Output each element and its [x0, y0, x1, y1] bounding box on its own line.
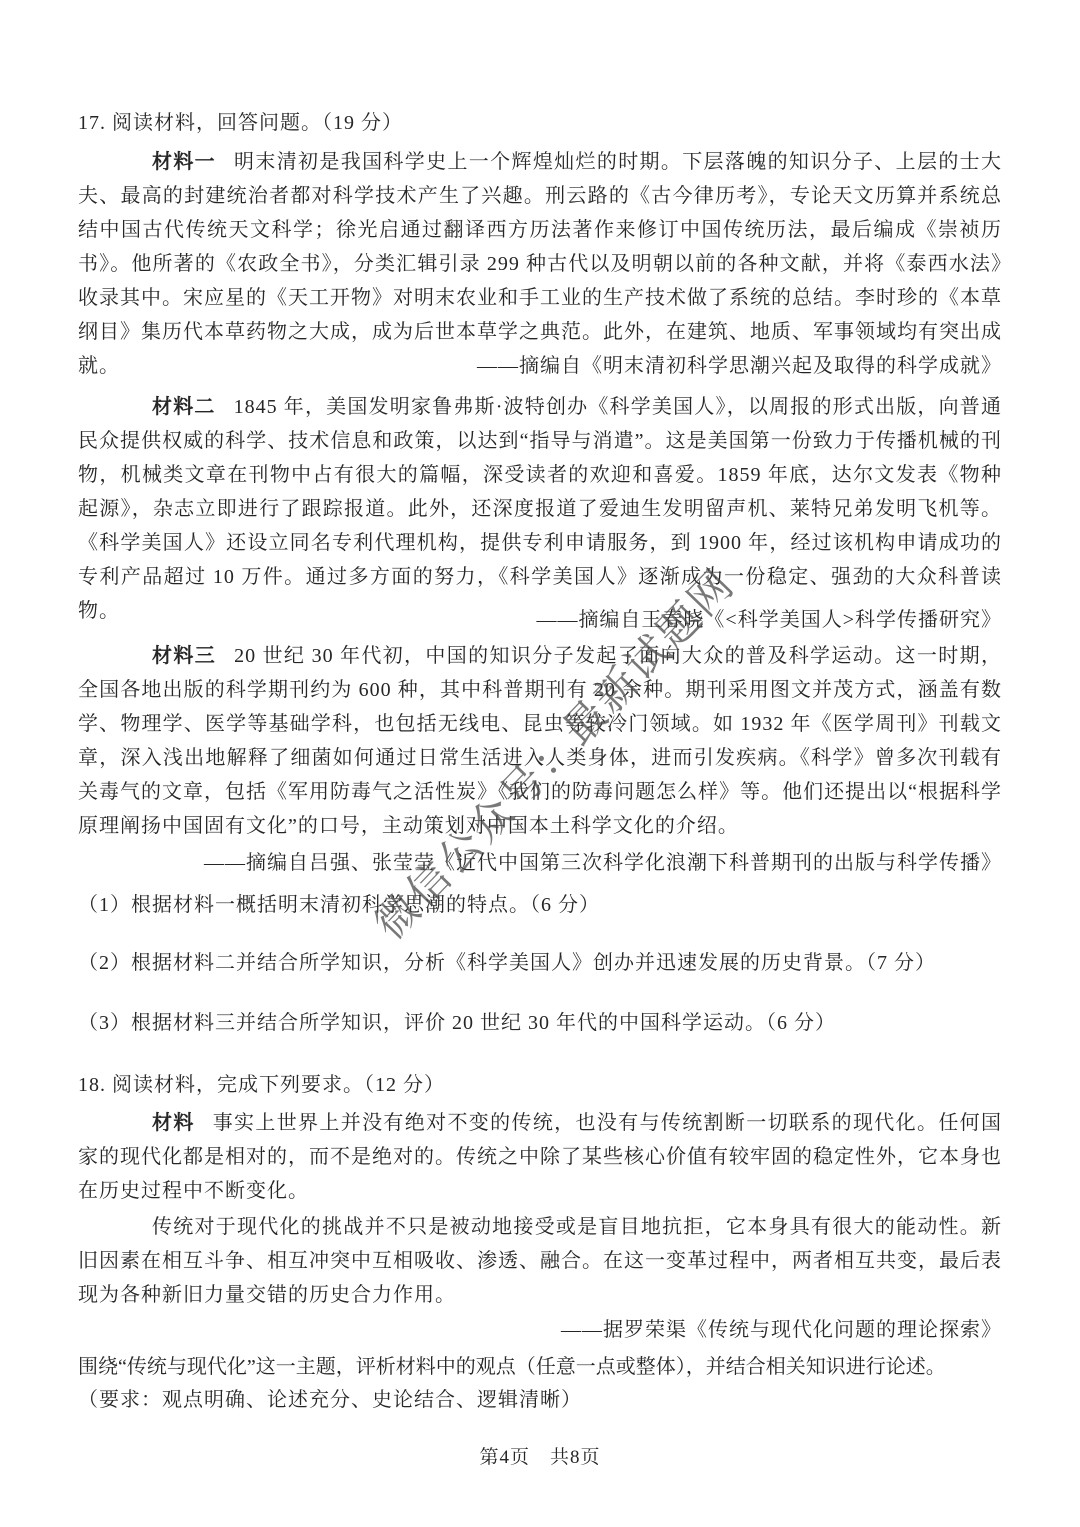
question-18-task: 围绕“传统与现代化”这一主题，评析材料中的观点（任意一点或整体），并结合相关知识…	[78, 1350, 1002, 1384]
page-footer: 第4页 共8页	[0, 1442, 1080, 1469]
question-17-sub-1: （1）根据材料一概括明末清初科学思潮的特点。（6 分）	[78, 888, 1002, 922]
material-2-label: 材料二	[152, 396, 216, 418]
material-1-label: 材料一	[152, 151, 216, 173]
question-17-title: 阅读材料，回答问题。（19 分）	[112, 112, 403, 134]
material-3-paragraph: 材料三20 世纪 30 年代初，中国的知识分子发起了面向大众的普及科学运动。这一…	[78, 639, 1002, 843]
question-17-header: 17.阅读材料，回答问题。（19 分）	[78, 106, 1002, 140]
material-3-label: 材料三	[152, 645, 216, 667]
material-2-text: 1845 年，美国发明家鲁弗斯·波特创办《科学美国人》，以周报的形式出版，向普通…	[78, 396, 1002, 622]
question-17-sub-3: （3）根据材料三并结合所学知识，评价 20 世纪 30 年代的中国科学运动。（6…	[78, 1006, 1002, 1040]
material-2-source: ——摘编自王春晓《<科学美国人>科学传播研究》	[78, 603, 1002, 637]
material-18-source: ——据罗荣渠《传统与现代化问题的理论探索》	[78, 1313, 1002, 1347]
material-3-text: 20 世纪 30 年代初，中国的知识分子发起了面向大众的普及科学运动。这一时期，…	[78, 645, 1002, 837]
exam-page: 17.阅读材料，回答问题。（19 分） 材料一明末清初是我国科学史上一个辉煌灿烂…	[0, 0, 1080, 1527]
question-18-header: 18.阅读材料，完成下列要求。（12 分）	[78, 1068, 1002, 1102]
question-18-number: 18.	[78, 1068, 112, 1102]
question-18-requirements: （要求：观点明确、论述充分、史论结合、逻辑清晰）	[78, 1383, 1002, 1417]
material-1-paragraph: 材料一明末清初是我国科学史上一个辉煌灿烂的时期。下层落魄的知识分子、上层的士大夫…	[78, 145, 1002, 383]
material-2-paragraph: 材料二1845 年，美国发明家鲁弗斯·波特创办《科学美国人》，以周报的形式出版，…	[78, 390, 1002, 628]
material-3-source: ——摘编自吕强、张莹莹《近代中国第三次科学化浪潮下科普期刊的出版与科学传播》	[78, 846, 1002, 880]
question-18-title: 阅读材料，完成下列要求。（12 分）	[112, 1074, 445, 1096]
material-18-paragraph-1: 材料事实上世界上并没有绝对不变的传统，也没有与传统割断一切联系的现代化。任何国家…	[78, 1106, 1002, 1208]
question-17-number: 17.	[78, 106, 112, 140]
material-18-paragraph-2: 传统对于现代化的挑战并不只是被动地接受或是盲目地抗拒，它本身具有很大的能动性。新…	[78, 1210, 1002, 1312]
material-18-label: 材料	[152, 1112, 195, 1134]
material-1-source: ——摘编自《明末清初科学思潮兴起及取得的科学成就》	[78, 349, 1002, 383]
material-1-text: 明末清初是我国科学史上一个辉煌灿烂的时期。下层落魄的知识分子、上层的士大夫、最高…	[78, 151, 1002, 377]
question-17-sub-2: （2）根据材料二并结合所学知识，分析《科学美国人》创办并迅速发展的历史背景。（7…	[78, 946, 1002, 980]
material-18-text-1: 事实上世界上并没有绝对不变的传统，也没有与传统割断一切联系的现代化。任何国家的现…	[78, 1112, 1002, 1202]
